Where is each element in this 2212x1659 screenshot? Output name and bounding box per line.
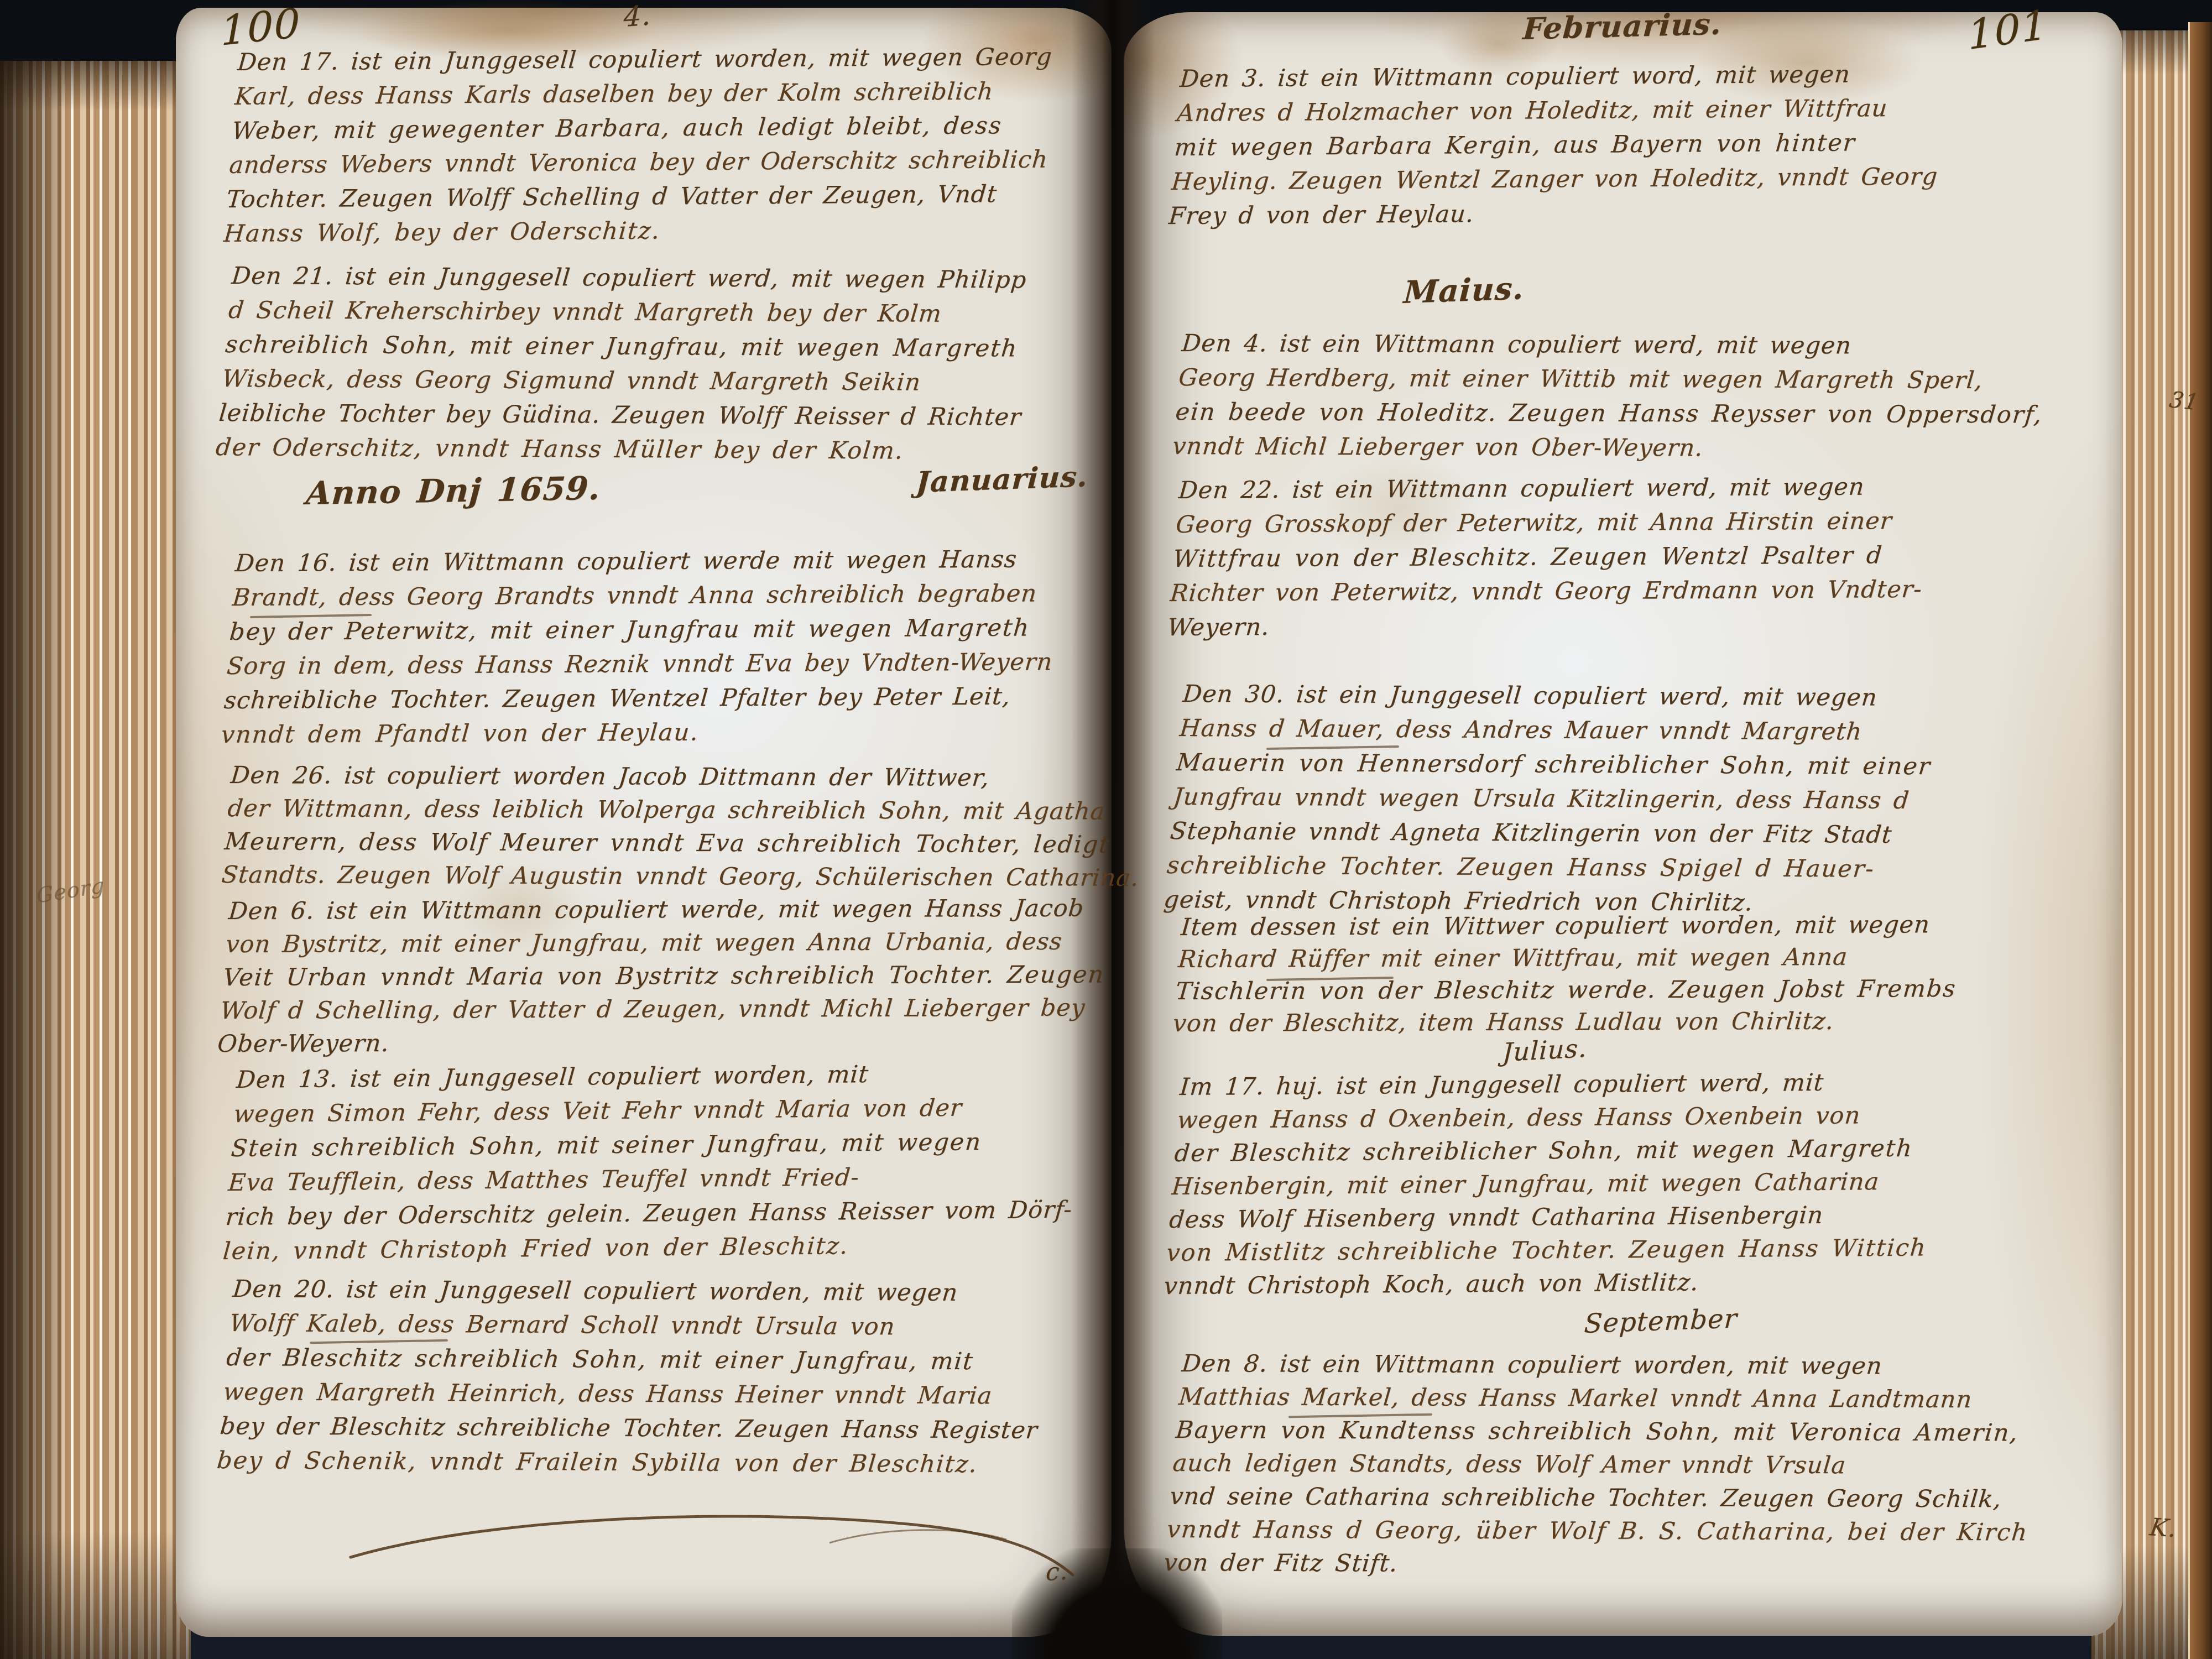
manuscript-line: Den 26. ist copuliert worden Jacob Dittm… (229, 759, 1150, 795)
month-heading-januarius: Januarius. (915, 460, 1089, 499)
register-entry: Den 17. ist ein Junggesell copuliert wor… (222, 40, 1057, 251)
manuscript-line: Wolf d Schelling, der Vatter d Zeugen, v… (219, 991, 1103, 1027)
top-mark: 4. (623, 0, 651, 33)
year-heading: Anno Dnj 1659. (305, 469, 602, 512)
register-entry: Im 17. huj. ist ein Junggesell copuliert… (1162, 1065, 1941, 1303)
register-entry: Den 21. ist ein Junggesell copuliert wer… (215, 259, 1036, 469)
manuscript-line: bey der Bleschitz schreibliche Tochter. … (218, 1409, 1039, 1448)
manuscript-line: wegen Hanss d Oxenbein, dess Hanss Oxenb… (1176, 1098, 1938, 1137)
manuscript-line: Den 16. ist ein Wittmann copuliert werde… (234, 542, 1062, 581)
manuscript-line: dess Wolf Hisenberg vnndt Catharina Hise… (1168, 1198, 1931, 1237)
manuscript-line: Georg Herdberg, mit einer Wittib mit weg… (1177, 361, 2047, 398)
manuscript-line: Wittfrau von der Bleschitz. Zeugen Wentz… (1172, 538, 1927, 576)
manuscript-line: vnndt Christoph Koch, auch von Mistlitz. (1162, 1264, 1925, 1303)
manuscript-line: Den 21. ist ein Junggesell copuliert wer… (230, 259, 1035, 298)
manuscript-line: Den 4. ist ein Wittmann copuliert werd, … (1180, 326, 2050, 363)
manuscript-line: d Scheil Kreherschirbey vnndt Margreth b… (227, 293, 1032, 332)
margin-mark: 31 (2167, 387, 2201, 415)
manuscript-line: Den 20. ist ein Junggesell copuliert wor… (231, 1272, 1052, 1311)
manuscript-line: von Bystritz, mit einer Jungfrau, mit we… (225, 925, 1109, 961)
register-entry: Den 26. ist copuliert worden Jacob Dittm… (220, 759, 1150, 895)
manuscript-line: bey d Schenik, vnndt Frailein Sybilla vo… (216, 1443, 1036, 1482)
manuscript-line: schreibliche Tochter. Zeugen Wentzel Pfa… (223, 679, 1051, 718)
manuscript-line: Richard Rüffer mit einer Wittfrau, mit w… (1177, 941, 1960, 975)
manuscript-line: der Bleschitz schreiblicher Sohn, mit we… (1173, 1131, 1936, 1170)
manuscript-line: vnndt Hanss d Georg, über Wolf B. S. Cat… (1165, 1513, 2030, 1549)
manuscript-line: Frey d von der Heylau. (1167, 194, 1937, 233)
manuscript-line: Georg Grosskopf der Peterwitz, mit Anna … (1175, 504, 1929, 542)
manuscript-line: Hanss d Mauer, dess Andres Mauer vnndt M… (1178, 711, 1936, 749)
manuscript-line: Richter von Peterwitz, vnndt Georg Erdma… (1169, 572, 1924, 611)
margin-mark: K. (2148, 1513, 2179, 1543)
manuscript-line: leibliche Tochter bey Güdina. Zeugen Wol… (217, 396, 1022, 435)
manuscript-line: von Mistlitz schreibliche Tochter. Zeuge… (1165, 1231, 1928, 1270)
manuscript-line: mit wegen Barbara Kergin, aus Bayern von… (1173, 125, 1942, 165)
manuscript-line: schreibliche Tochter. Zeugen Hanss Spige… (1166, 848, 1923, 886)
register-entry: Den 30. ist ein Junggesell copuliert wer… (1162, 677, 1939, 921)
register-entry: Den 3. ist ein Wittmann copuliert word, … (1167, 56, 1948, 233)
register-entry: Item dessen ist ein Wittwer copuliert wo… (1172, 909, 1963, 1040)
manuscript-line: Bayern von Kundtenss schreiblich Sohn, m… (1175, 1413, 2039, 1449)
manuscript-line: Im 17. huj. ist ein Junggesell copuliert… (1178, 1065, 1941, 1104)
manuscript-line: Den 3. ist ein Wittmann copuliert word, … (1178, 56, 1948, 96)
end-mark: c. (1045, 1557, 1069, 1587)
register-entry: Den 20. ist ein Junggesell copuliert wor… (216, 1272, 1052, 1482)
register-entry: Den 8. ist ein Wittmann copuliert worden… (1162, 1347, 2044, 1582)
manuscript-line: vnd seine Catharina schreibliche Tochter… (1168, 1480, 2033, 1516)
manuscript-line: Wolff Kaleb, dess Bernard Scholl vnndt U… (228, 1306, 1049, 1345)
manuscript-line: Standts. Zeugen Wolf Augustin vnndt Geor… (220, 858, 1140, 895)
manuscript-line: Hisenbergin, mit einer Jungfrau, mit weg… (1171, 1165, 1933, 1203)
manuscript-line: ein beede von Holeditz. Zeugen Hanss Rey… (1174, 395, 2044, 432)
manuscript-line: wegen Margreth Heinrich, dess Hanss Hein… (222, 1375, 1042, 1413)
register-entry: Den 6. ist ein Wittmann copuliert werde,… (216, 891, 1112, 1061)
manuscript-line: anderss Webers vnndt Veronica bey der Od… (228, 143, 1049, 182)
manuscript-line: der Wittmann, dess leiblich Wolperga sch… (226, 792, 1146, 828)
page-edge-stack-left (0, 61, 191, 1659)
manuscript-line: Mauerin von Hennersdorf schreiblicher So… (1175, 745, 1933, 784)
manuscript-line: Den 22. ist ein Wittmann copuliert werd,… (1177, 469, 1932, 508)
manuscript-line: Matthias Markel, dess Hanss Markel vnndt… (1177, 1380, 2042, 1416)
manuscript-line: Brandt, dess Georg Brandts vnndt Anna sc… (231, 576, 1060, 615)
manuscript-line: auch ledigen Standts, dess Wolf Amer vnn… (1171, 1447, 2036, 1483)
flourish-swash (343, 1504, 1084, 1587)
manuscript-line: Den 8. ist ein Wittmann copuliert worden… (1181, 1347, 2045, 1383)
register-entry: Den 4. ist ein Wittmann copuliert werd, … (1171, 326, 2050, 466)
manuscript-line: Weyern. (1166, 607, 1921, 645)
manuscript-line: Hanss Wolf, bey der Oderschitz. (222, 211, 1044, 251)
book-cover-edge (2188, 22, 2212, 1659)
manuscript-line: Den 30. ist ein Junggesell copuliert wer… (1181, 677, 1939, 715)
manuscript-line: Karl, dess Hanss Karls daselben bey der … (233, 74, 1055, 114)
manuscript-line: Tochter. Zeugen Wolff Schelling d Vatter… (225, 177, 1046, 217)
register-entry: Den 22. ist ein Wittmann copuliert werd,… (1166, 469, 1932, 645)
manuscript-line: Andres d Holzmacher von Holeditz, mit ei… (1176, 91, 1945, 131)
manuscript-line: vnndt dem Pfandtl von der Heylau. (220, 713, 1048, 752)
manuscript-line: der Bleschitz schreiblich Sohn, mit eine… (225, 1340, 1046, 1379)
register-entry: Den 13. ist ein Junggesell copuliert wor… (222, 1056, 1084, 1269)
manuscript-line: Weber, mit gewegenter Barbara, auch ledi… (231, 108, 1052, 148)
manuscript-line: Meurern, dess Wolf Meurer vnndt Eva schr… (223, 825, 1144, 862)
manuscript-line: Sorg in dem, dess Hanss Reznik vnndt Eva… (226, 645, 1054, 684)
month-heading-september: September (1583, 1303, 1738, 1339)
manuscript-line: Stephanie vnndt Agneta Kitzlingerin von … (1168, 814, 1926, 852)
manuscript-line: Den 6. ist ein Wittmann copuliert werde,… (227, 891, 1112, 928)
manuscript-line: von der Fitz Stift. (1162, 1546, 2027, 1582)
manuscript-photo: 100 4. Den 17. ist ein Junggesell copuli… (0, 0, 2212, 1659)
register-entry: Den 16. ist ein Wittmann copuliert werde… (220, 542, 1062, 752)
month-heading-julius: Julius. (1502, 1033, 1588, 1067)
month-heading-maius: Maius. (1403, 270, 1525, 311)
manuscript-line: Veit Urban vnndt Maria von Bystritz schr… (222, 958, 1106, 994)
manuscript-line: vnndt Michl Lieberger von Ober-Weyern. (1171, 429, 2041, 466)
manuscript-line: Den 17. ist ein Junggesell copuliert wor… (236, 40, 1057, 80)
month-header-februarius: Februarius. (1522, 6, 1723, 46)
manuscript-line: Item dessen ist ein Wittwer copuliert wo… (1180, 909, 1963, 943)
manuscript-line: Heyling. Zeugen Wentzl Zanger von Holedi… (1170, 159, 1939, 199)
manuscript-line: Ober-Weyern. (216, 1024, 1100, 1061)
manuscript-line: schreiblich Sohn, mit einer Jungfrau, mi… (224, 327, 1029, 366)
manuscript-line: Jungfrau vnndt wegen Ursula Kitzlingerin… (1172, 780, 1929, 818)
manuscript-line: Wisbeck, dess Georg Sigmund vnndt Margre… (221, 362, 1026, 400)
manuscript-line: der Oderschitz, vnndt Hanss Müller bey d… (215, 430, 1020, 469)
